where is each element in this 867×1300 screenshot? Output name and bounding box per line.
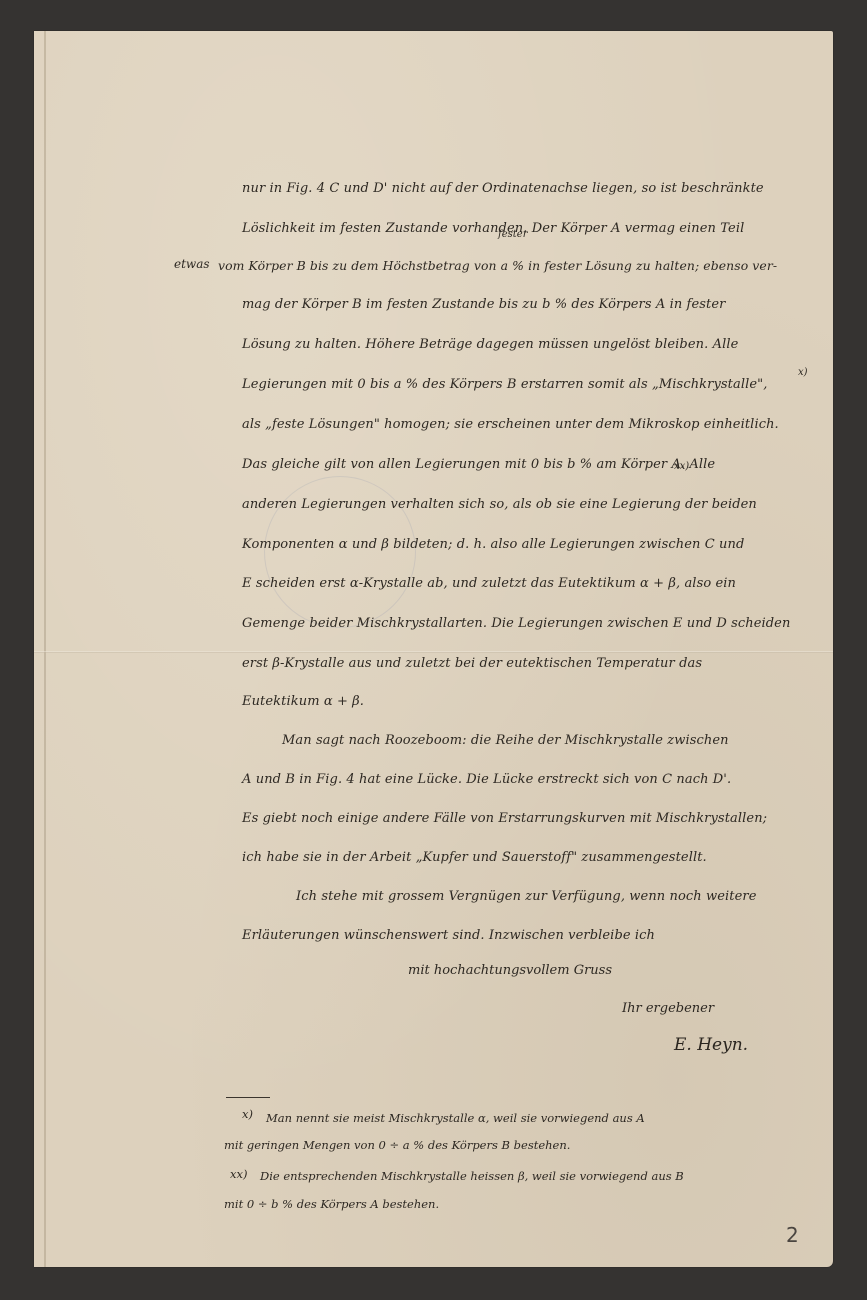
footnote-separator bbox=[226, 1097, 270, 1098]
body-line: Man sagt nach Roozeboom: die Reihe der M… bbox=[282, 733, 729, 748]
page-number: 2 bbox=[786, 1223, 799, 1247]
body-line: Gemenge beider Mischkrystallarten. Die L… bbox=[242, 616, 790, 631]
body-line: anderen Legierungen verhalten sich so, a… bbox=[242, 497, 757, 512]
body-line: Es giebt noch einige andere Fälle von Er… bbox=[242, 811, 767, 826]
body-line: A und B in Fig. 4 hat eine Lücke. Die Lü… bbox=[242, 772, 731, 787]
closing-greeting: mit hochachtungsvollem Gruss bbox=[408, 963, 612, 978]
body-line: Eutektikum α + β. bbox=[242, 694, 364, 709]
body-line: Lösung zu halten. Höhere Beträge dagegen… bbox=[242, 337, 738, 352]
scan-background: etwas fester x) xx) nur in Fig. 4 C und … bbox=[0, 0, 867, 1300]
body-line: E scheiden erst α-Krystalle ab, und zule… bbox=[242, 576, 736, 591]
body-line: vom Körper B bis zu dem Höchstbetrag von… bbox=[218, 258, 777, 273]
body-line: erst β-Krystalle aus und zuletzt bei der… bbox=[242, 656, 702, 671]
footnote-2-mark: xx) bbox=[230, 1167, 247, 1181]
body-line: Komponenten α und β bildeten; d. h. also… bbox=[242, 537, 744, 552]
body-line: nur in Fig. 4 C und D' nicht auf der Ord… bbox=[242, 181, 764, 196]
signature: E. Heyn. bbox=[674, 1035, 748, 1055]
footnote-2-line: mit 0 ÷ b % des Körpers A bestehen. bbox=[224, 1197, 439, 1211]
margin-note: etwas bbox=[174, 257, 210, 271]
footnote-2-line: Die entsprechenden Mischkrystalle heisse… bbox=[260, 1169, 684, 1183]
paper-fold-line bbox=[34, 651, 833, 653]
body-line: Erläuterungen wünschenswert sind. Inzwis… bbox=[242, 928, 655, 943]
body-line: Legierungen mit 0 bis a % des Körpers B … bbox=[242, 377, 767, 392]
closing-valediction: Ihr ergebener bbox=[622, 1001, 714, 1016]
footnote-1-line: mit geringen Mengen von 0 ÷ a % des Körp… bbox=[224, 1138, 570, 1152]
body-line: Das gleiche gilt von allen Legierungen m… bbox=[242, 457, 715, 472]
footnote-1-mark: x) bbox=[242, 1107, 253, 1121]
body-line: Ich stehe mit grossem Vergnügen zur Verf… bbox=[296, 889, 757, 904]
body-line: Löslichkeit im festen Zustande vorhanden… bbox=[242, 221, 744, 236]
body-line: ich habe sie in der Arbeit „Kupfer und S… bbox=[242, 850, 707, 865]
body-line: als „feste Lösungen" homogen; sie ersche… bbox=[242, 417, 779, 432]
page-binding-edge bbox=[44, 31, 46, 1267]
letter-page: etwas fester x) xx) nur in Fig. 4 C und … bbox=[34, 31, 833, 1267]
footnote-1-line: Man nennt sie meist Mischkrystalle α, we… bbox=[266, 1111, 645, 1125]
footnote-mark-1: x) bbox=[798, 367, 808, 378]
body-line: mag der Körper B im festen Zustande bis … bbox=[242, 297, 725, 312]
